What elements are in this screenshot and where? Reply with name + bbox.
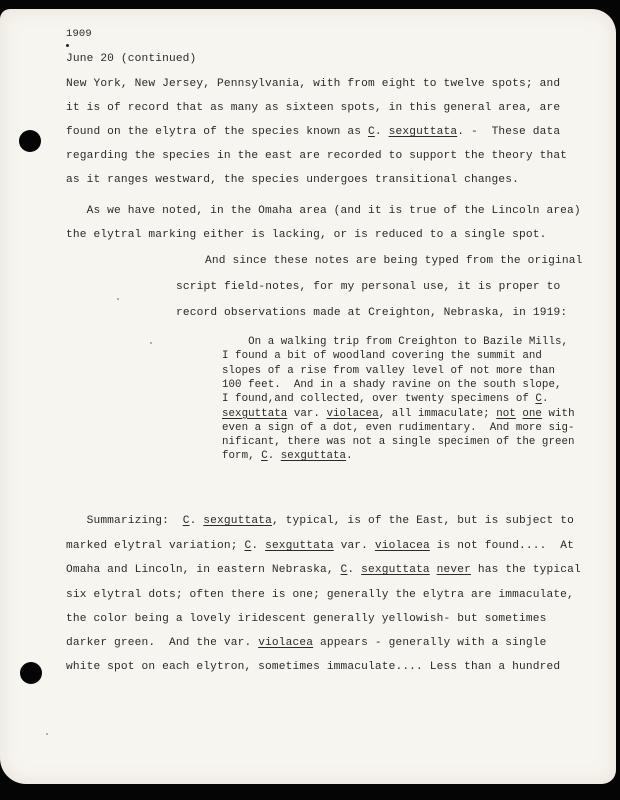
typed-page: 1909 June 20 (continued) New York, New J… [0, 9, 616, 784]
summary-line: six elytral dots; often there is one; ge… [66, 589, 574, 602]
text-line: found on the elytra of the species known… [66, 126, 560, 139]
underlined-term: sexguttata [281, 450, 346, 462]
underlined-term: C [244, 540, 251, 552]
quote-line: I found a bit of woodland covering the s… [222, 350, 542, 363]
underlined-term: sexguttata [389, 126, 458, 138]
underlined-term: C [341, 564, 348, 576]
text-line: it is of record that as many as sixteen … [66, 102, 560, 115]
summary-line: the color being a lovely iridescent gene… [66, 613, 546, 626]
quote-line: I found,and collected, over twenty speci… [222, 393, 548, 406]
text-line: as it ranges westward, the species under… [66, 174, 519, 187]
text-line: New York, New Jersey, Pennsylvania, with… [66, 78, 560, 91]
ink-dot-mark [66, 44, 69, 47]
underlined-term: sexguttata [265, 540, 334, 552]
quote-line: nificant, there was not a single specime… [222, 436, 575, 449]
underlined-term: C [261, 450, 268, 462]
punch-hole-bottom [20, 662, 42, 684]
text-line: script field-notes, for my personal use,… [176, 281, 560, 294]
underlined-term: not [496, 408, 516, 420]
summary-line: marked elytral variation; C. sexguttata … [66, 540, 574, 553]
quote-line: On a walking trip from Creighton to Bazi… [222, 336, 568, 349]
summary-line: Omaha and Lincoln, in eastern Nebraska, … [66, 564, 581, 577]
page-heading: June 20 (continued) [66, 53, 196, 66]
quote-line: slopes of a rise from valley level of no… [222, 365, 555, 378]
text-line: And since these notes are being typed fr… [205, 255, 583, 268]
text-line: the elytral marking either is lacking, o… [66, 229, 546, 242]
underlined-term: never [437, 564, 471, 576]
summary-line: darker green. And the var. violacea appe… [66, 637, 546, 650]
underlined-term: violacea [375, 540, 430, 552]
text-line: regarding the species in the east are re… [66, 150, 567, 163]
underlined-term: C [183, 515, 190, 527]
underlined-term: sexguttata [361, 564, 430, 576]
text-line: As we have noted, in the Omaha area (and… [66, 205, 581, 218]
underlined-term: C [368, 126, 375, 138]
punch-hole-top [19, 130, 41, 152]
quote-line: sexguttata var. violacea, all immaculate… [222, 408, 575, 421]
page-year: 1909 [66, 28, 92, 41]
quote-line: form, C. sexguttata. [222, 450, 353, 463]
quote-line: even a sign of a dot, even rudimentary. … [222, 422, 575, 435]
underlined-term: sexguttata [222, 408, 287, 420]
underlined-term: C [535, 393, 542, 405]
quote-line: 100 feet. And in a shady ravine on the s… [222, 379, 562, 392]
underlined-term: violacea [258, 637, 313, 649]
underlined-term: one [522, 408, 542, 420]
summary-line: Summarizing: C. sexguttata, typical, is … [66, 515, 574, 528]
summary-line: white spot on each elytron, sometimes im… [66, 661, 560, 674]
underlined-term: violacea [326, 408, 378, 420]
underlined-term: sexguttata [203, 515, 272, 527]
text-line: record observations made at Creighton, N… [176, 307, 567, 320]
